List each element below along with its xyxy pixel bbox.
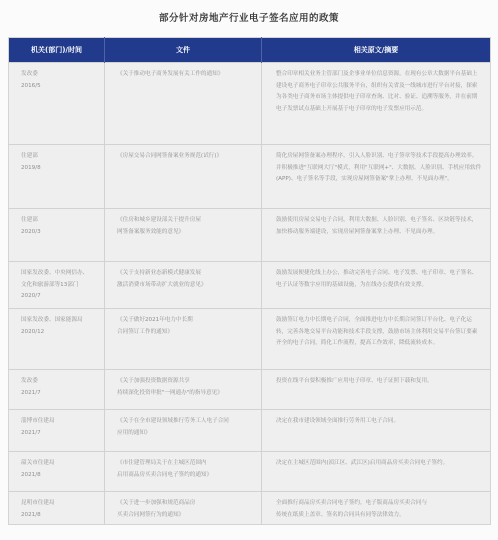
cell-summary: 投资在线平台要积极推广应用电子印章、电子证照下载和复用。 — [262, 370, 491, 410]
table-row: 国家发改委、中央网信办、 文化和旅游部等13部门 2020/7 《关于支持新业态… — [9, 262, 491, 309]
cell-summary: 鼓励发展便捷化线上办公，推动完善电子合同、电子发票、电子印章、电子签名、电子认证… — [262, 262, 491, 309]
table-header-row: 机关(部门)/时间 文件 相关原文/摘要 — [9, 38, 491, 63]
cell-agency-date: 昆明市住建局 2021/8 — [9, 492, 105, 525]
cell-summary: 鼓励签订电力中长期电子合同，全面推进电力中长期合同签订平台化、电子化运转，完善各… — [262, 309, 491, 370]
cell-document: 《关于做好2021年电力中长期 合同签订工作的通知》 — [105, 309, 262, 370]
cell-document: 《市住建管理局关于在主城区范围内 启用商品房买卖合同电子签约的通知》 — [105, 452, 262, 492]
cell-document: 《关于进一步加强和规范商品房 买卖合同网签行为的通知》 — [105, 492, 262, 525]
table-row: 国家发改委、国家能源局 2020/12 《关于做好2021年电力中长期 合同签订… — [9, 309, 491, 370]
cell-document: 《房屋交易合同网签备案业务规范(试行)》 — [105, 145, 262, 209]
cell-document: 《关于加强投资数据资源共享 持续深化投资审批"一网通办"的指导意见》 — [105, 370, 262, 410]
cell-summary: 全面推行商品房买卖合同电子签约。电子版商品房买卖合同与 传统在纸质上盖章、签名的… — [262, 492, 491, 525]
policy-table: 机关(部门)/时间 文件 相关原文/摘要 发改委 2016/5 《关于推动电子商… — [8, 37, 491, 525]
cell-document: 《关于支持新业态新模式健康发展 激活消费市场带动扩大就业的意见》 — [105, 262, 262, 309]
cell-agency-date: 住建部 2019/8 — [9, 145, 105, 209]
cell-summary: 整合印章相关业务主管部门及企事业单位信息资源，在现有公章大数据平台基础上建设电子… — [262, 63, 491, 145]
cell-agency-date: 住建部 2020/3 — [9, 209, 105, 262]
cell-agency-date: 国家发改委、中央网信办、 文化和旅游部等13部门 2020/7 — [9, 262, 105, 309]
cell-agency-date: 韶关市住建局 2021/8 — [9, 452, 105, 492]
table-row: 韶关市住建局 2021/8 《市住建管理局关于在主城区范围内 启用商品房买卖合同… — [9, 452, 491, 492]
cell-summary: 决定在我市建设领域全面推行劳务用工电子合同。 — [262, 410, 491, 452]
table-row: 淄博市住建局 2021/7 《关于在全市建设领域推行劳务工人电子合同 应用的通知… — [9, 410, 491, 452]
table-row: 发改委 2021/7 《关于加强投资数据资源共享 持续深化投资审批"一网通办"的… — [9, 370, 491, 410]
cell-document: 《关于在全市建设领域推行劳务工人电子合同 应用的通知》 — [105, 410, 262, 452]
table-row: 发改委 2016/5 《关于推动电子商务发展有关工作的通知》 整合印章相关业务主… — [9, 63, 491, 145]
header-document: 文件 — [105, 38, 262, 63]
cell-summary: 鼓励使用房屋交易电子合同，利用大数据、人脸识别、电子签名、区块链等技术，加快移动… — [262, 209, 491, 262]
table-row: 住建部 2019/8 《房屋交易合同网签备案业务规范(试行)》 简化房屋网签备案… — [9, 145, 491, 209]
cell-agency-date: 国家发改委、国家能源局 2020/12 — [9, 309, 105, 370]
cell-summary: 决定在主城区范围内(浈江区、武江区)启用商品房买卖合同电子签约。 — [262, 452, 491, 492]
cell-agency-date: 发改委 2021/7 — [9, 370, 105, 410]
cell-agency-date: 发改委 2016/5 — [9, 63, 105, 145]
header-summary: 相关原文/摘要 — [262, 38, 491, 63]
cell-summary: 简化房屋网签备案办理程序，引入人脸识别、电子签章等技术手段提高办理效率。并积极推… — [262, 145, 491, 209]
cell-agency-date: 淄博市住建局 2021/7 — [9, 410, 105, 452]
header-agency-date: 机关(部门)/时间 — [9, 38, 105, 63]
cell-document: 《住房和城乡建设部关于提升房屋 网签备案服务效能的意见》 — [105, 209, 262, 262]
page-title: 部分针对房地产行业电子签名应用的政策 — [0, 10, 498, 24]
table-row: 住建部 2020/3 《住房和城乡建设部关于提升房屋 网签备案服务效能的意见》 … — [9, 209, 491, 262]
table-row: 昆明市住建局 2021/8 《关于进一步加强和规范商品房 买卖合同网签行为的通知… — [9, 492, 491, 525]
cell-document: 《关于推动电子商务发展有关工作的通知》 — [105, 63, 262, 145]
